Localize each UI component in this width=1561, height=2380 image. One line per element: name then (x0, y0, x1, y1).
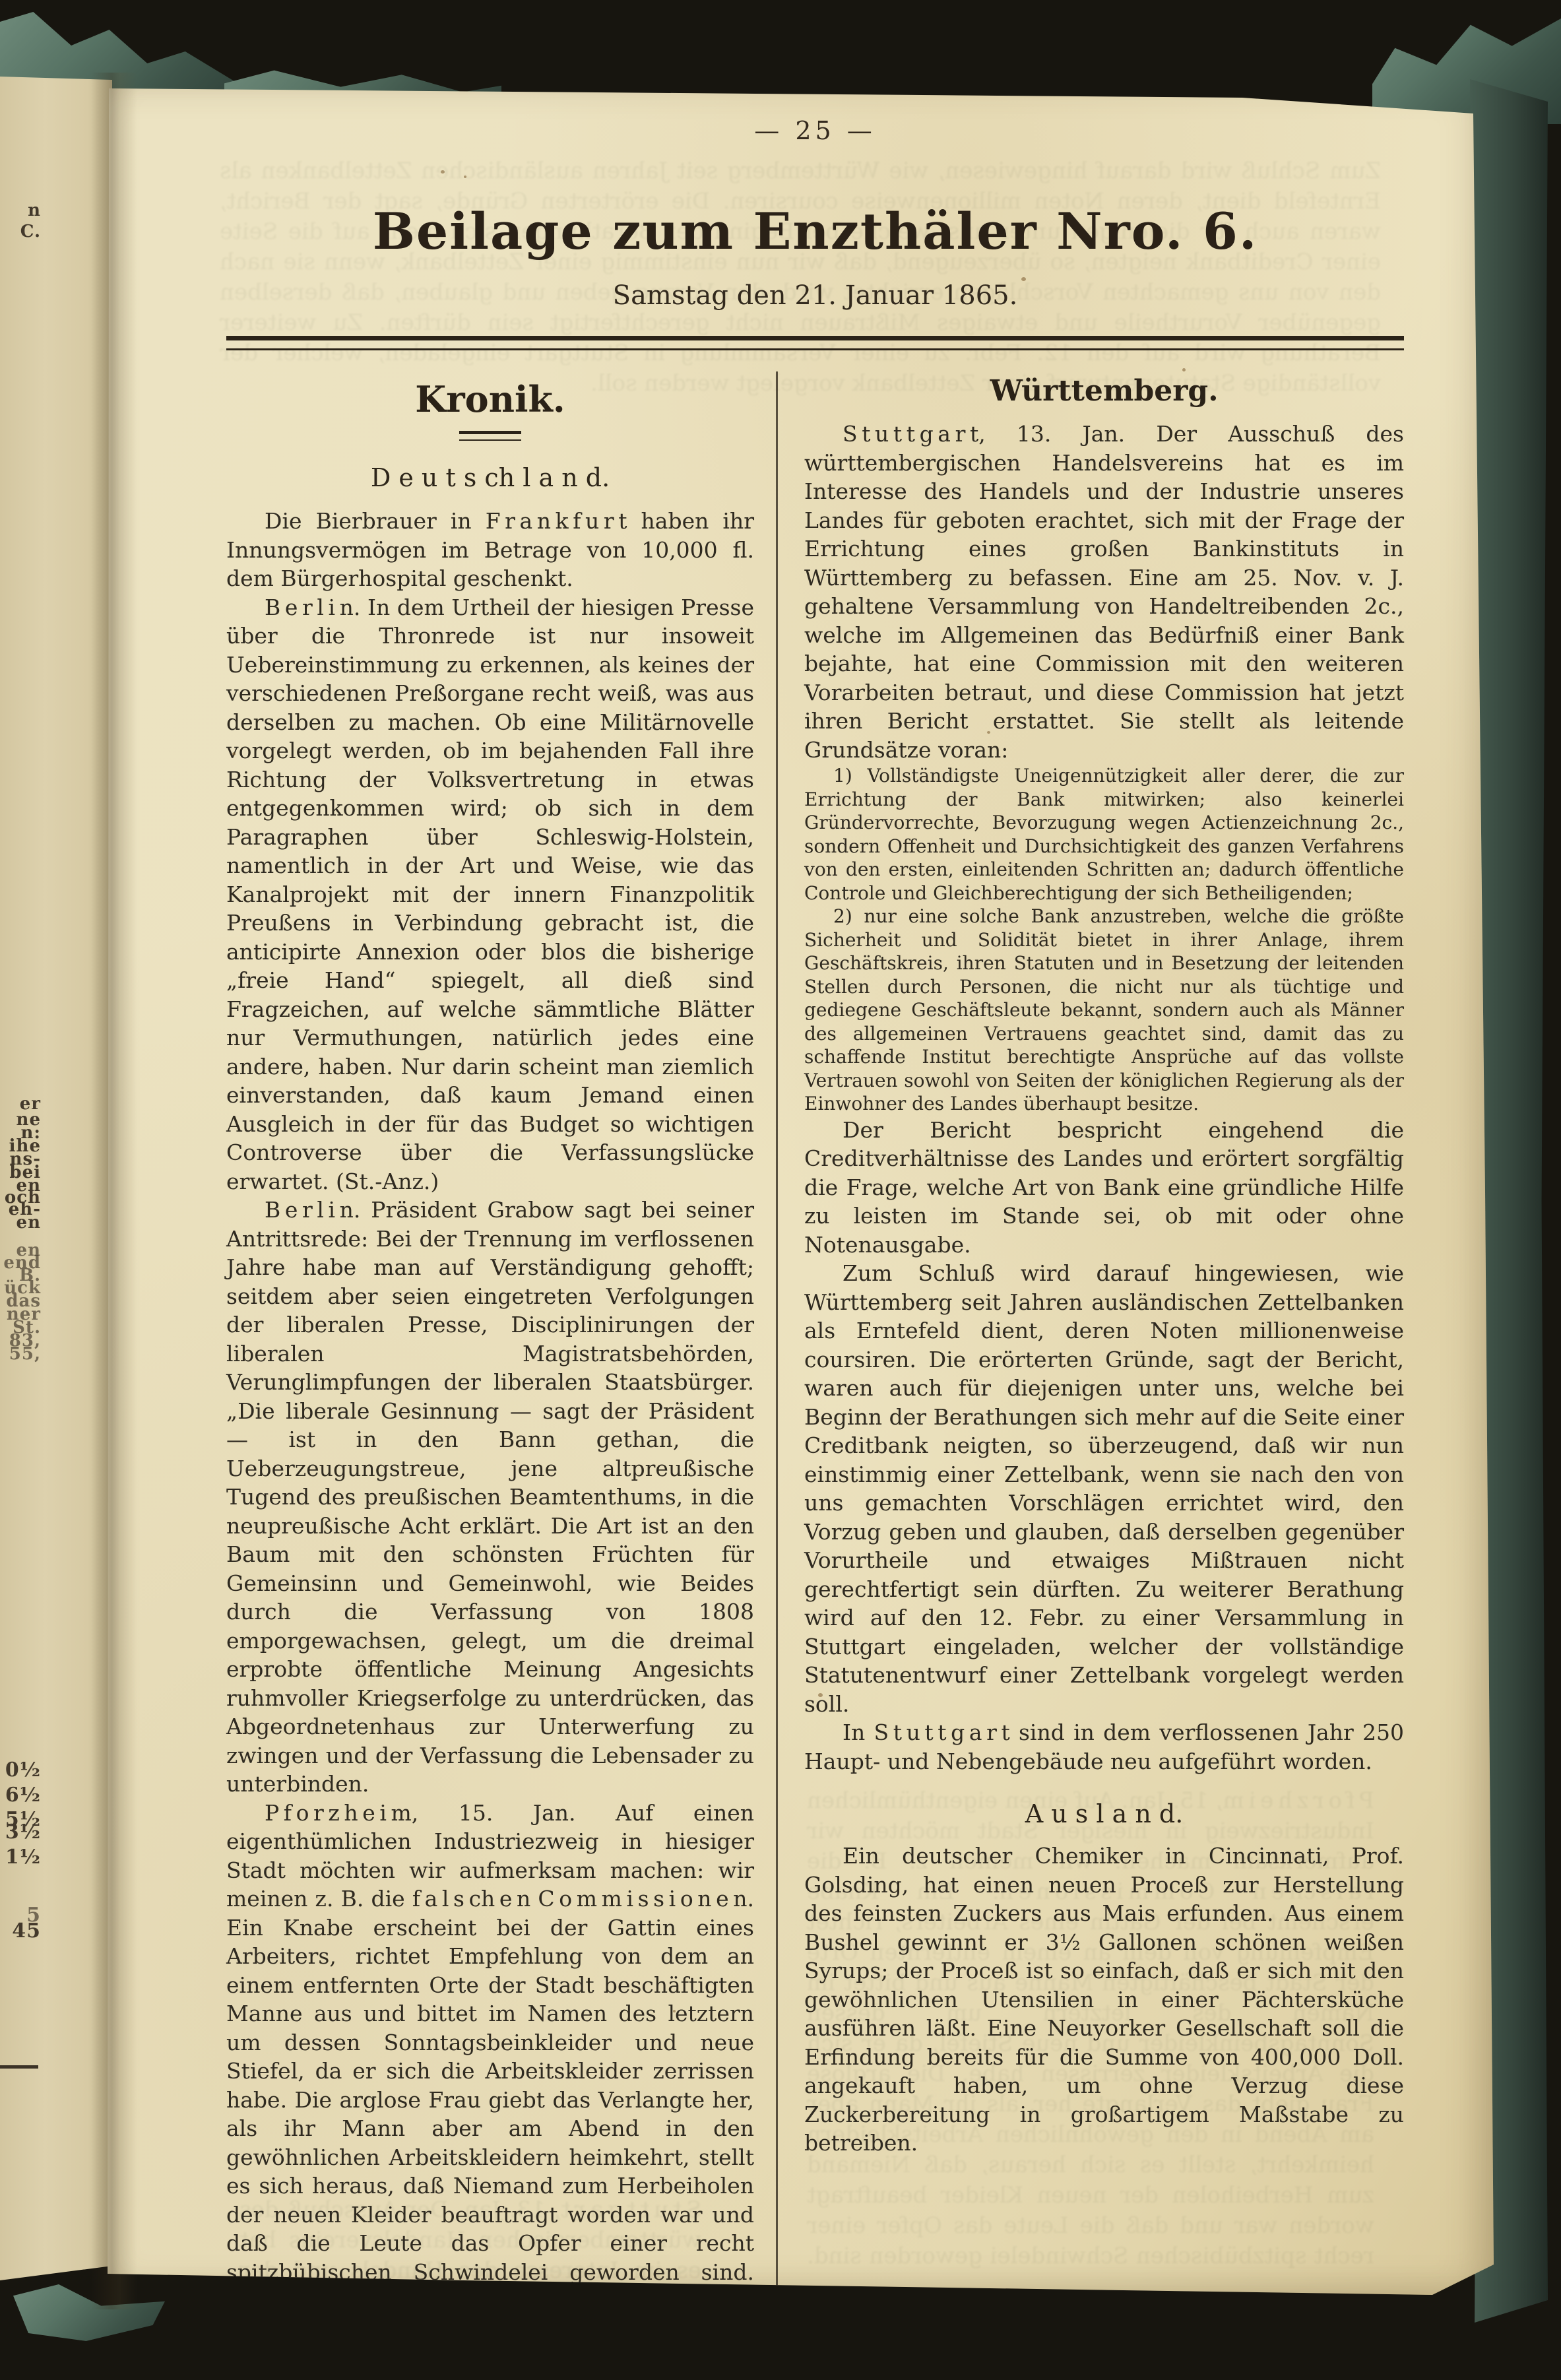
section-heading-wuerttemberg: Württemberg. (804, 374, 1404, 408)
book-cover-fragment-bottom-left (13, 2284, 165, 2341)
numbered-item: 1) Vollständigste Uneigennützigkeit alle… (804, 764, 1404, 905)
article-paragraph: S t u t t g a r t, 13. Jan. Der Ausschuß… (804, 420, 1404, 764)
masthead-rule (226, 336, 1404, 350)
paper-speck (1097, 1015, 1101, 1018)
section-heading-deutschland: D e u t s ch l a n d. (226, 463, 754, 492)
left-column: Kronik. D e u t s ch l a n d. Die Bierbr… (226, 368, 754, 2373)
paper-speck (441, 170, 445, 174)
text-columns: Kronik. D e u t s ch l a n d. Die Bierbr… (226, 368, 1404, 2373)
paper-speck (987, 731, 990, 734)
book-scan: n C. er ne n: ihe ns- bei en och eh- en … (0, 0, 1561, 2380)
paper-speck (818, 1693, 823, 1697)
margin-number-fragment: 45 (0, 1921, 41, 1941)
article-paragraph: B e r l i n. In dem Urtheil der hiesigen… (226, 593, 754, 1196)
margin-number-fragment: 3½ (0, 1822, 41, 1842)
article-paragraph: Der Bericht bespricht eingehend die Cred… (804, 1116, 1404, 1260)
margin-text-fragment: 55, (0, 1345, 41, 1363)
article-paragraph: B e r l i n. Präsident Grabow sagt bei s… (226, 1196, 754, 1799)
right-column: Württemberg. S t u t t g a r t, 13. Jan.… (804, 368, 1404, 2373)
margin-text-fragment: C. (0, 223, 41, 240)
margin-text-fragment: n (0, 202, 41, 219)
paper-speck (673, 2010, 676, 2012)
paper-speck (1182, 368, 1186, 371)
article-paragraph: Ein deutscher Chemiker in Cincinnati, Pr… (804, 1842, 1404, 2158)
margin-text-fragment: en (0, 1214, 41, 1231)
margin-number-fragment: 0½ (0, 1760, 41, 1780)
article-paragraph: P f o r z h e i m, 15. Jan. Auf einen ei… (226, 1799, 754, 2344)
paper-speck (232, 752, 236, 756)
paper-speck (464, 176, 466, 178)
margin-number-fragment: 6½ (0, 1785, 41, 1805)
section-heading-ausland: A u s l a n d. (804, 1799, 1404, 1828)
masthead-title: Beilage zum Enzthäler Nro. 6. (226, 202, 1404, 261)
article-paragraph: Die Bierbrauer in F r a n k f u r t habe… (226, 507, 754, 593)
article-paragraph: In S t u t t g a r t sind in dem verflos… (804, 1718, 1404, 1776)
heading-rule (459, 431, 521, 441)
page-number: — 25 — (226, 116, 1404, 145)
book-gutter-shadow (91, 73, 137, 2309)
newspaper-page: Zum Schluß wird darauf hingewiesen, wie … (108, 83, 1496, 2303)
article-paragraph: Zum Schluß wird darauf hingewiesen, wie … (804, 1259, 1404, 1718)
margin-rule-fragment (0, 2065, 38, 2069)
paper-speck (1021, 277, 1026, 281)
margin-number-fragment: 1½ (0, 1848, 41, 1867)
dateline: Samstag den 21. Januar 1865. (226, 280, 1404, 311)
numbered-item: 2) nur eine solche Bank anzustreben, wel… (804, 905, 1404, 1116)
source-attribution: (Pf. B.) (678, 2344, 754, 2373)
column-divider-rule (776, 371, 778, 2353)
column-heading-kronik: Kronik. (226, 378, 754, 420)
